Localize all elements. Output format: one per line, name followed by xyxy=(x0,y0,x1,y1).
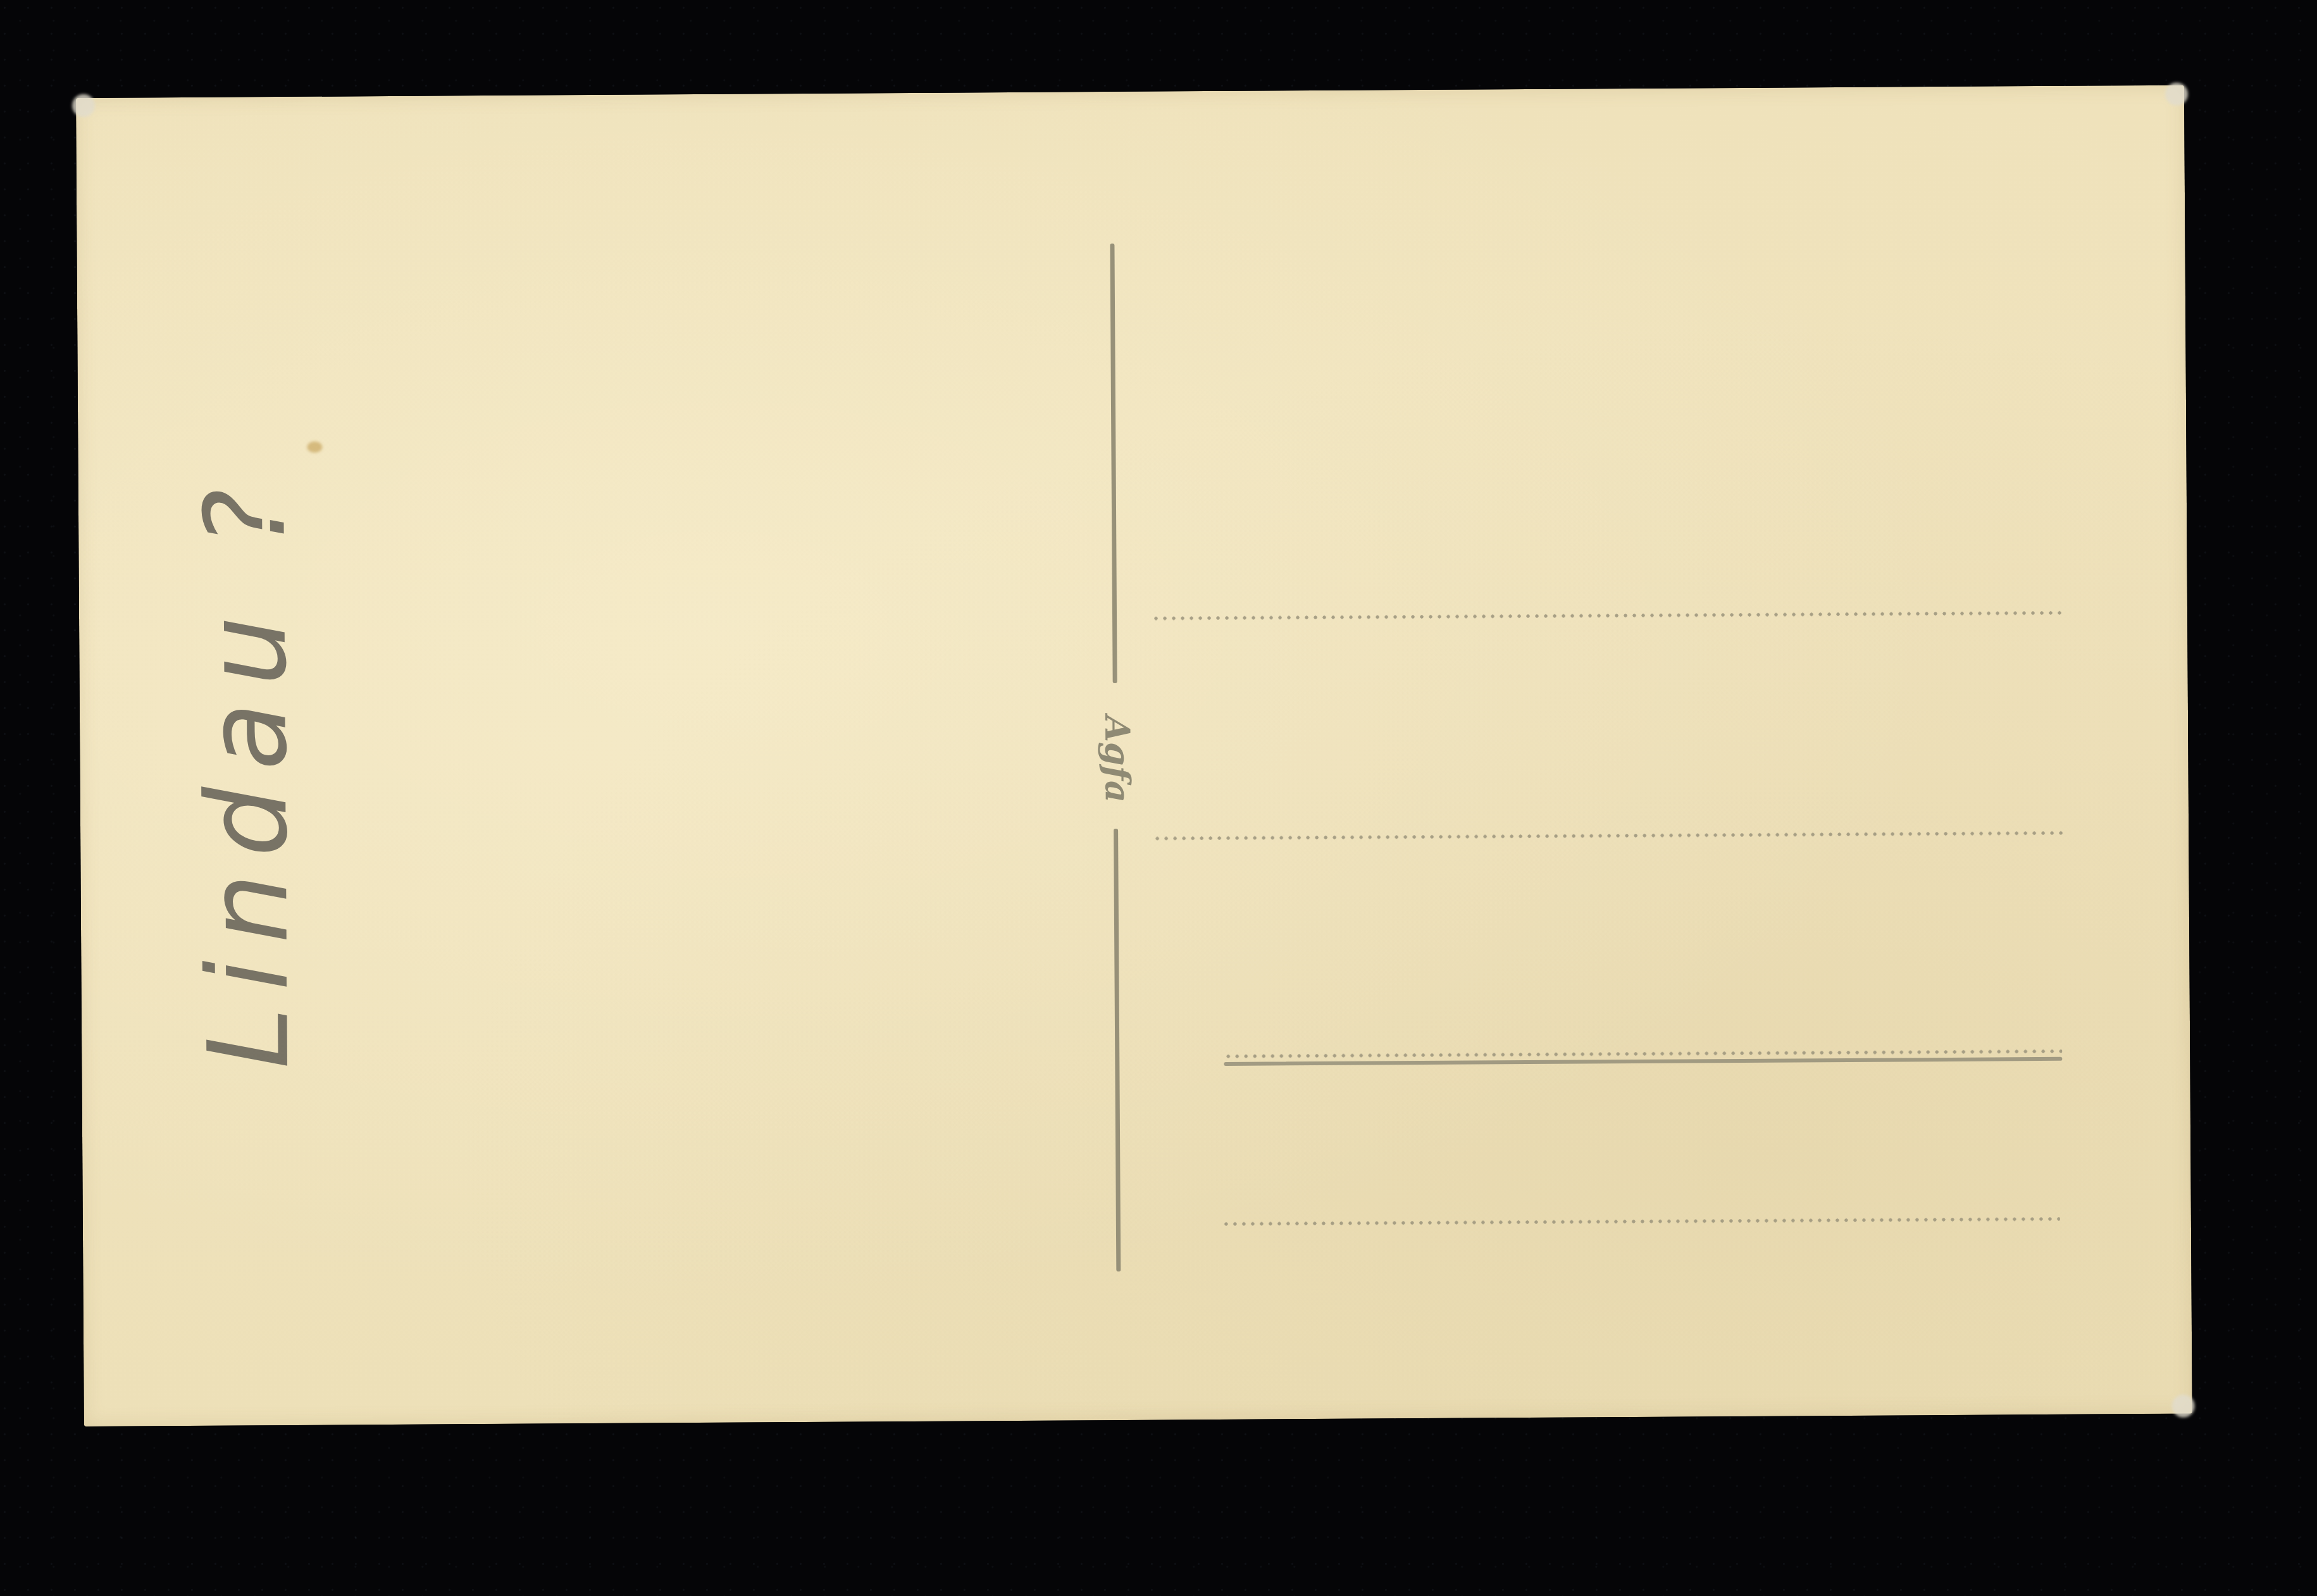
address-line-3 xyxy=(1224,1049,2062,1058)
center-divider-top xyxy=(1110,244,1117,683)
corner-wear-top-right xyxy=(2165,83,2188,106)
address-line-1 xyxy=(1152,611,2063,621)
center-divider-bottom xyxy=(1114,829,1121,1271)
corner-wear-top-left xyxy=(72,94,95,117)
paper-stain xyxy=(307,442,322,453)
handwritten-note: Lindau ? xyxy=(182,472,314,1069)
corner-wear-bottom-right xyxy=(2172,1395,2195,1418)
address-line-2 xyxy=(1153,831,2064,841)
address-line-4 xyxy=(1222,1217,2060,1226)
postcard-back: Lindau ? Agfa xyxy=(76,85,2192,1426)
brand-mark: Agfa xyxy=(1073,727,1162,791)
address-line-3-underline xyxy=(1224,1057,2062,1066)
